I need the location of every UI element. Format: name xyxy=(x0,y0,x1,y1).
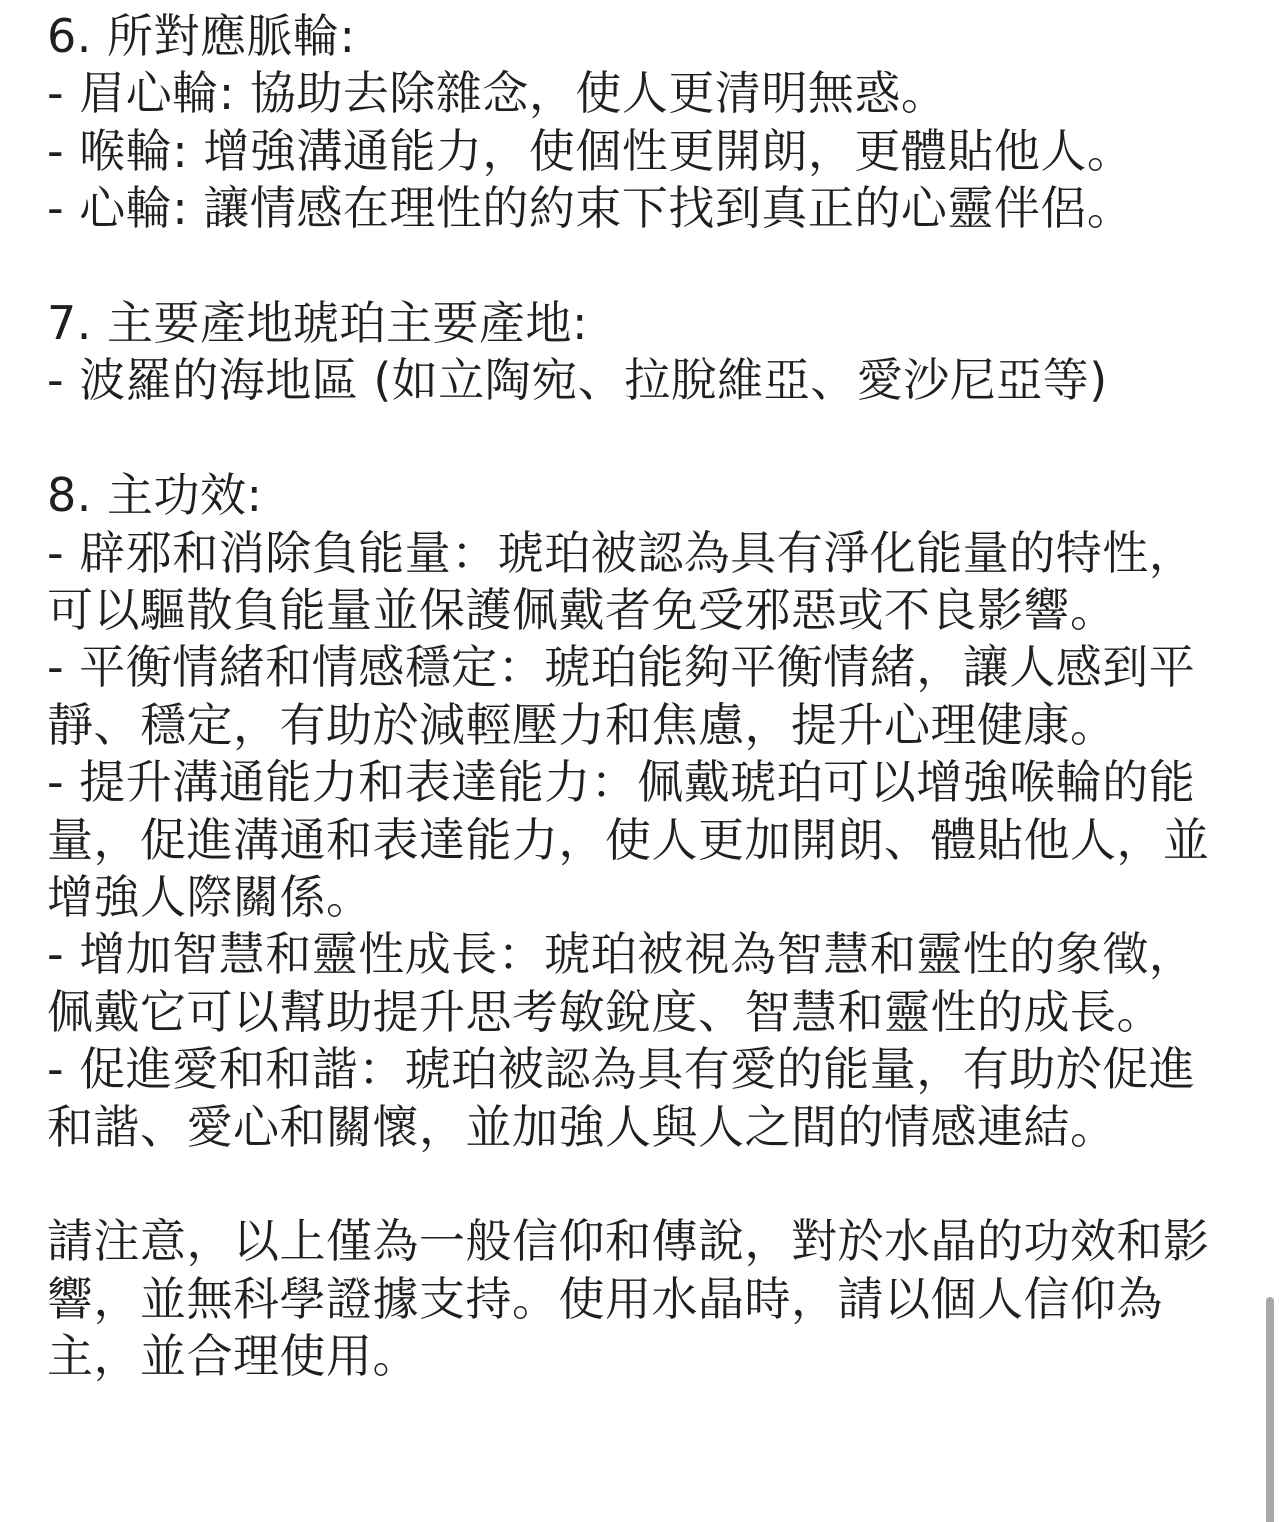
section-heading: 6. 所對應脈輪: xyxy=(47,8,1237,65)
section-chakras: 6. 所對應脈輪: - 眉心輪: 協助去除雜念，使人更清明無惑。 - 喉輪: 增… xyxy=(47,8,1237,238)
list-item: - 心輪: 讓情感在理性的約束下找到真正的心靈伴侶。 xyxy=(47,180,1237,237)
list-item: - 提升溝通能力和表達能力：佩戴琥珀可以增強喉輪的能量，促進溝通和表達能力，使人… xyxy=(47,754,1237,926)
disclaimer-text: 請注意，以上僅為一般信仰和傳說，對於水晶的功效和影響，並無科學證據支持。使用水晶… xyxy=(47,1213,1237,1385)
list-item: - 眉心輪: 協助去除雜念，使人更清明無惑。 xyxy=(47,65,1237,122)
section-heading: 8. 主功效: xyxy=(47,467,1237,524)
section-origin: 7. 主要產地琥珀主要產地: - 波羅的海地區 (如立陶宛、拉脫維亞、愛沙尼亞等… xyxy=(47,295,1237,410)
section-heading: 7. 主要產地琥珀主要產地: xyxy=(47,295,1237,352)
vertical-scrollbar-thumb[interactable] xyxy=(1266,1297,1274,1522)
disclaimer-note: 請注意，以上僅為一般信仰和傳說，對於水晶的功效和影響，並無科學證據支持。使用水晶… xyxy=(47,1213,1237,1385)
list-item: - 促進愛和和諧：琥珀被認為具有愛的能量，有助於促進和諧、愛心和關懷，並加強人與… xyxy=(47,1041,1237,1156)
list-item: - 辟邪和消除負能量：琥珀被認為具有淨化能量的特性，可以驅散負能量並保護佩戴者免… xyxy=(47,525,1237,640)
list-item: - 波羅的海地區 (如立陶宛、拉脫維亞、愛沙尼亞等) xyxy=(47,352,1237,409)
section-effects: 8. 主功效: - 辟邪和消除負能量：琥珀被認為具有淨化能量的特性，可以驅散負能… xyxy=(47,467,1237,1156)
list-item: - 平衡情緒和情感穩定：琥珀能夠平衡情緒，讓人感到平靜、穩定，有助於減輕壓力和焦… xyxy=(47,639,1237,754)
list-item: - 增加智慧和靈性成長：琥珀被視為智慧和靈性的象徵，佩戴它可以幫助提升思考敏銳度… xyxy=(47,926,1237,1041)
message-content: 6. 所對應脈輪: - 眉心輪: 協助去除雜念，使人更清明無惑。 - 喉輪: 增… xyxy=(47,8,1237,1386)
list-item: - 喉輪: 增強溝通能力，使個性更開朗，更體貼他人。 xyxy=(47,123,1237,180)
